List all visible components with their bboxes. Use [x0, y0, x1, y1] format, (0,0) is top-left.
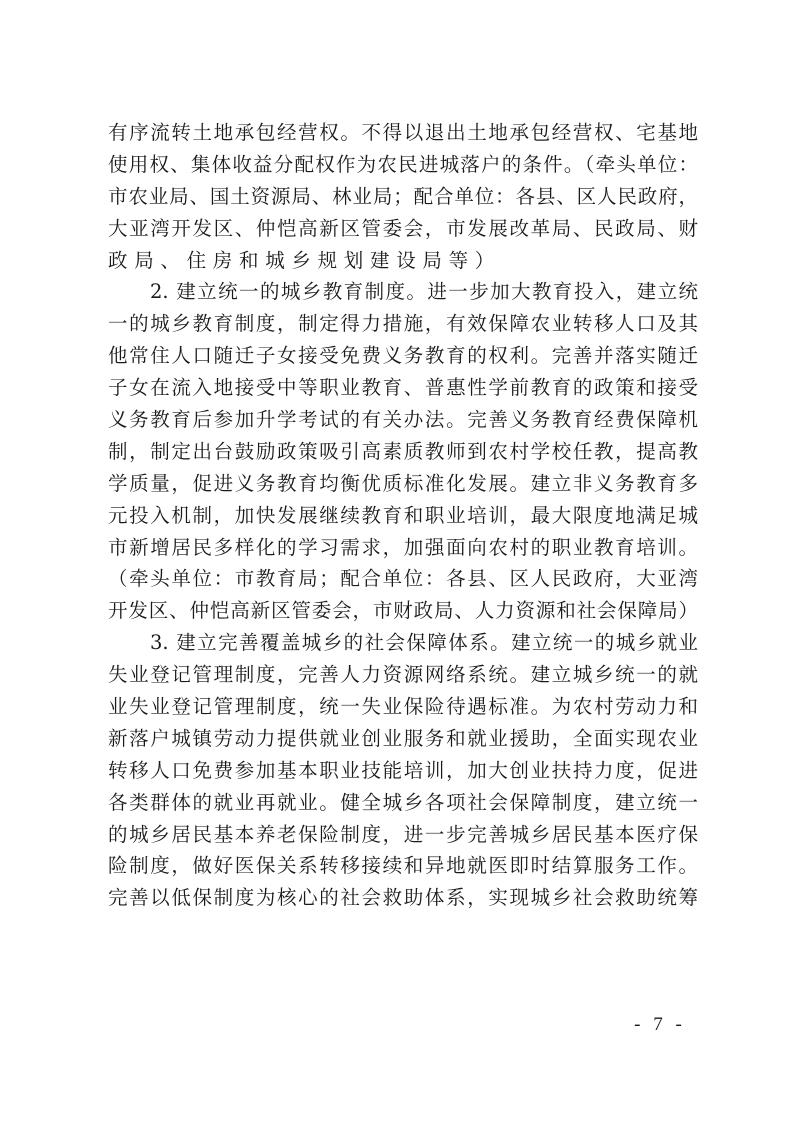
- text-line: 大亚湾开发区、仲恺高新区管委会，市发展改革局、民政局、财: [108, 213, 698, 245]
- text-line: 制，制定出台鼓励政策吸引高素质教师到农村学校任教，提高教: [108, 436, 698, 468]
- text-line: 使用权、集体收益分配权作为农民进城落户的条件。（牵头单位：: [108, 149, 698, 181]
- paragraph-social-security: 3. 建立完善覆盖城乡的社会保障体系。建立统一的城乡就业 失业登记管理制度，完善…: [108, 627, 698, 914]
- text-line: 一的城乡教育制度，制定得力措施，有效保障农业转移人口及其: [108, 308, 698, 340]
- body-text: 有序流转土地承包经营权。不得以退出土地承包经营权、宅基地 使用权、集体收益分配权…: [108, 117, 698, 914]
- text-line: 转移人口免费参加基本职业技能培训，加大创业扶持力度，促进: [108, 755, 698, 787]
- text-line: 业失业登记管理制度，统一失业保险待遇标准。为农村劳动力和: [108, 691, 698, 723]
- text-line: 学质量，促进义务教育均衡优质标准化发展。建立非义务教育多: [108, 468, 698, 500]
- text-line: 各类群体的就业再就业。健全城乡各项社会保障制度，建立统一: [108, 787, 698, 819]
- text-line: 开发区、仲恺高新区管委会，市财政局、人力资源和社会保障局）: [108, 595, 698, 627]
- text-line: 2. 建立统一的城乡教育制度。进一步加大教育投入，建立统: [108, 276, 698, 308]
- paragraph-education-system: 2. 建立统一的城乡教育制度。进一步加大教育投入，建立统 一的城乡教育制度，制定…: [108, 276, 698, 627]
- text-line: 市新增居民多样化的学习需求，加强面向农村的职业教育培训。: [108, 532, 698, 564]
- text-line: 险制度，做好医保关系转移接续和异地就医即时结算服务工作。: [108, 850, 698, 882]
- text-line: 新落户城镇劳动力提供就业创业服务和就业援助，全面实现农业: [108, 723, 698, 755]
- text-line: （牵头单位：市教育局；配合单位：各县、区人民政府，大亚湾: [108, 563, 698, 595]
- page-number: - 7 -: [632, 1012, 688, 1038]
- text-line: 政局、住房和城乡规划建设局等）: [108, 245, 698, 277]
- text-line: 的城乡居民基本养老保险制度，进一步完善城乡居民基本医疗保: [108, 819, 698, 851]
- text-line: 他常住人口随迁子女接受免费义务教育的权利。完善并落实随迁: [108, 340, 698, 372]
- text-line: 元投入机制，加快发展继续教育和职业培训，最大限度地满足城: [108, 500, 698, 532]
- text-line: 子女在流入地接受中等职业教育、普惠性学前教育的政策和接受: [108, 372, 698, 404]
- document-page: 有序流转土地承包经营权。不得以退出土地承包经营权、宅基地 使用权、集体收益分配权…: [0, 0, 793, 1122]
- text-line: 有序流转土地承包经营权。不得以退出土地承包经营权、宅基地: [108, 117, 698, 149]
- text-line: 3. 建立完善覆盖城乡的社会保障体系。建立统一的城乡就业: [108, 627, 698, 659]
- text-line: 失业登记管理制度，完善人力资源网络系统。建立城乡统一的就: [108, 659, 698, 691]
- paragraph-land-rights-continued: 有序流转土地承包经营权。不得以退出土地承包经营权、宅基地 使用权、集体收益分配权…: [108, 117, 698, 276]
- text-line: 市农业局、国土资源局、林业局；配合单位：各县、区人民政府，: [108, 181, 698, 213]
- text-line: 完善以低保制度为核心的社会救助体系，实现城乡社会救助统筹: [108, 882, 698, 914]
- text-line: 义务教育后参加升学考试的有关办法。完善义务教育经费保障机: [108, 404, 698, 436]
